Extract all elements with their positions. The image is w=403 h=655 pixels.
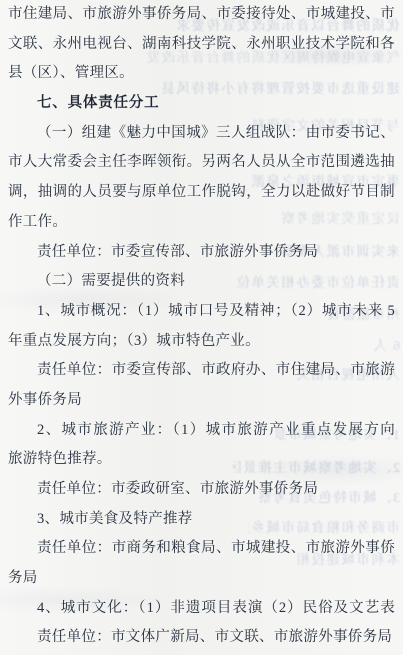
text-line: 市住建局、市旅游外事侨务局、市委接待处、市城建投、市 [8, 0, 395, 30]
text-line: 责任单位：市委宣传部、市政府办、市住建局、市旅游 [8, 356, 395, 386]
text-line: （一）组建《魅力中国城》三人组战队：由市委书记、 [8, 119, 395, 149]
text-line: 3、城市美食及特产推荐 [8, 505, 395, 535]
text-line: 外事侨务局 [8, 386, 395, 416]
text-line: 旅游特色推荐。 [8, 445, 395, 475]
text-line: 调，抽调的人员要与原单位工作脱钩，全力以赴做好节目制 [8, 178, 395, 208]
text-line: 责任单位：市委宣传部、市旅游外事侨务局 [8, 238, 395, 268]
text-line: 务局 [8, 564, 395, 594]
document-body: 市住建局、市旅游外事侨务局、市委接待处、市城建投、市 文联、永州电视台、湖南科技… [0, 0, 403, 655]
text-line: 文联、永州电视台、湖南科技学院、永州职业技术学院和各 [8, 30, 395, 60]
text-line: 4、城市文化：（1）非遗项目表演（2）民俗及文艺表演。 [8, 594, 395, 624]
text-line: 责任单位：市商务和粮食局、市城建投、市旅游外事侨 [8, 534, 395, 564]
text-line: 2、城市旅游产业：（1）城市旅游产业重点发展方向（2） [8, 416, 395, 446]
text-line: （二）需要提供的资料 [8, 267, 395, 297]
section-heading: 七、具体责任分工 [8, 89, 395, 119]
text-line: 市人大常委会主任李晖领衔。另两名人员从全市范围遴选抽 [8, 148, 395, 178]
text-line: 1、城市概况：（1）城市口号及精神；（2）城市未来 5 [8, 297, 395, 327]
text-line: 年重点发展方向；（3）城市特色产业。 [8, 327, 395, 357]
text-line: 责任单位：市委政研室、市旅游外事侨务局 [8, 475, 395, 505]
text-line: 县（区）、管理区。 [8, 59, 395, 89]
text-line: 作工作。 [8, 208, 395, 238]
scanned-document-page: { "colors": { "background": "#f3f3f1", "… [0, 0, 403, 655]
text-line: 责任单位：市文体广新局、市文联、市旅游外事侨务局 [8, 623, 395, 653]
